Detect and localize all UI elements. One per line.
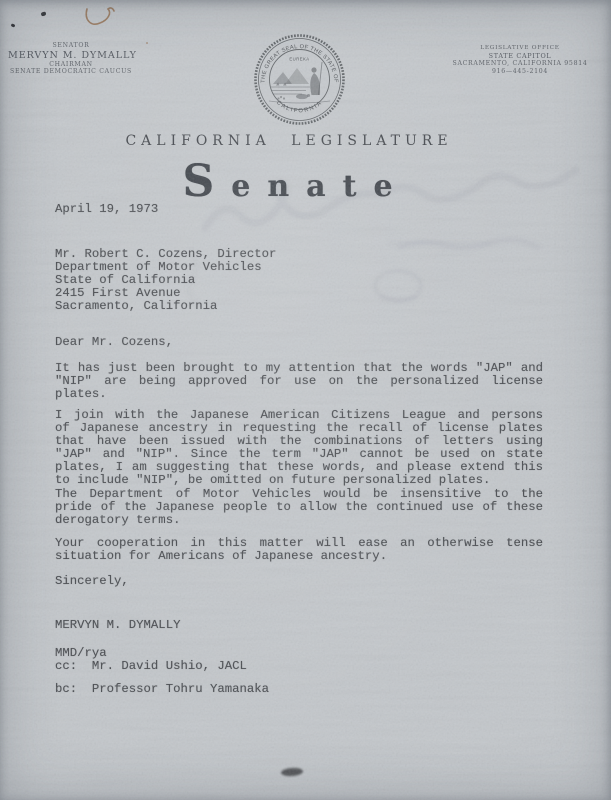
date-line: April 19, 1973	[55, 203, 543, 216]
bc-line: bc: Professor Tohru Yamanaka	[55, 683, 543, 696]
letterhead-phone: 916—445-2104	[440, 68, 600, 76]
paragraph-1: It has just been brought to my attention…	[55, 362, 543, 401]
letterhead-title: SENATOR	[8, 42, 134, 50]
address-line: Sacramento, California	[55, 300, 543, 313]
letterhead-office-block: LEGISLATIVE OFFICE STATE CAPITOL SACRAME…	[440, 45, 600, 75]
heading-california-legislature: CALIFORNIA LEGISLATURE	[0, 133, 578, 149]
body-line: plates.	[55, 388, 543, 401]
letterhead-senator-name: MERVYN M. DYMALLY	[8, 50, 134, 61]
seal-scene	[269, 62, 330, 103]
letterhead-caucus: SENATE DEMOCRATIC CAUCUS	[8, 68, 134, 76]
signature-name: MERVYN M. DYMALLY	[55, 619, 543, 632]
salutation-line: Dear Mr. Cozens,	[55, 336, 543, 349]
paragraph-2: I join with the Japanese American Citize…	[55, 409, 543, 527]
body-line: "NIP" are being approved for use on the …	[55, 375, 543, 388]
letterhead-capitol: STATE CAPITOL	[440, 53, 600, 61]
body-line: situation for Americans of Japanese ance…	[55, 550, 543, 563]
body-line: to include "NIP", be omitted on future p…	[55, 474, 543, 487]
letterhead-city: SACRAMENTO, CALIFORNIA 95814	[440, 60, 600, 68]
paragraph-3: Your cooperation in this matter will eas…	[55, 537, 543, 563]
body-line: The Department of Motor Vehicles would b…	[55, 488, 543, 501]
california-state-seal-icon: THE GREAT SEAL OF THE STATE OF CALIFORNI…	[252, 32, 347, 127]
seal-motto-text: EUREKA	[289, 57, 309, 62]
scanned-letter-page: SENATOR MERVYN M. DYMALLY CHAIRMAN SENAT…	[0, 0, 611, 800]
body-line: derogatory terms.	[55, 514, 543, 527]
body-line: pride of the Japanese people to allow th…	[55, 501, 543, 514]
closing-line: Sincerely,	[55, 575, 543, 588]
recipient-address-block: Mr. Robert C. Cozens, Director Departmen…	[55, 248, 543, 313]
heading-senate: Senate	[0, 156, 592, 207]
cc-line: cc: Mr. David Ushio, JACL	[55, 660, 543, 673]
letterhead-chairman: CHAIRMAN	[8, 61, 134, 69]
letterhead-senator-block: SENATOR MERVYN M. DYMALLY CHAIRMAN SENAT…	[8, 42, 134, 76]
